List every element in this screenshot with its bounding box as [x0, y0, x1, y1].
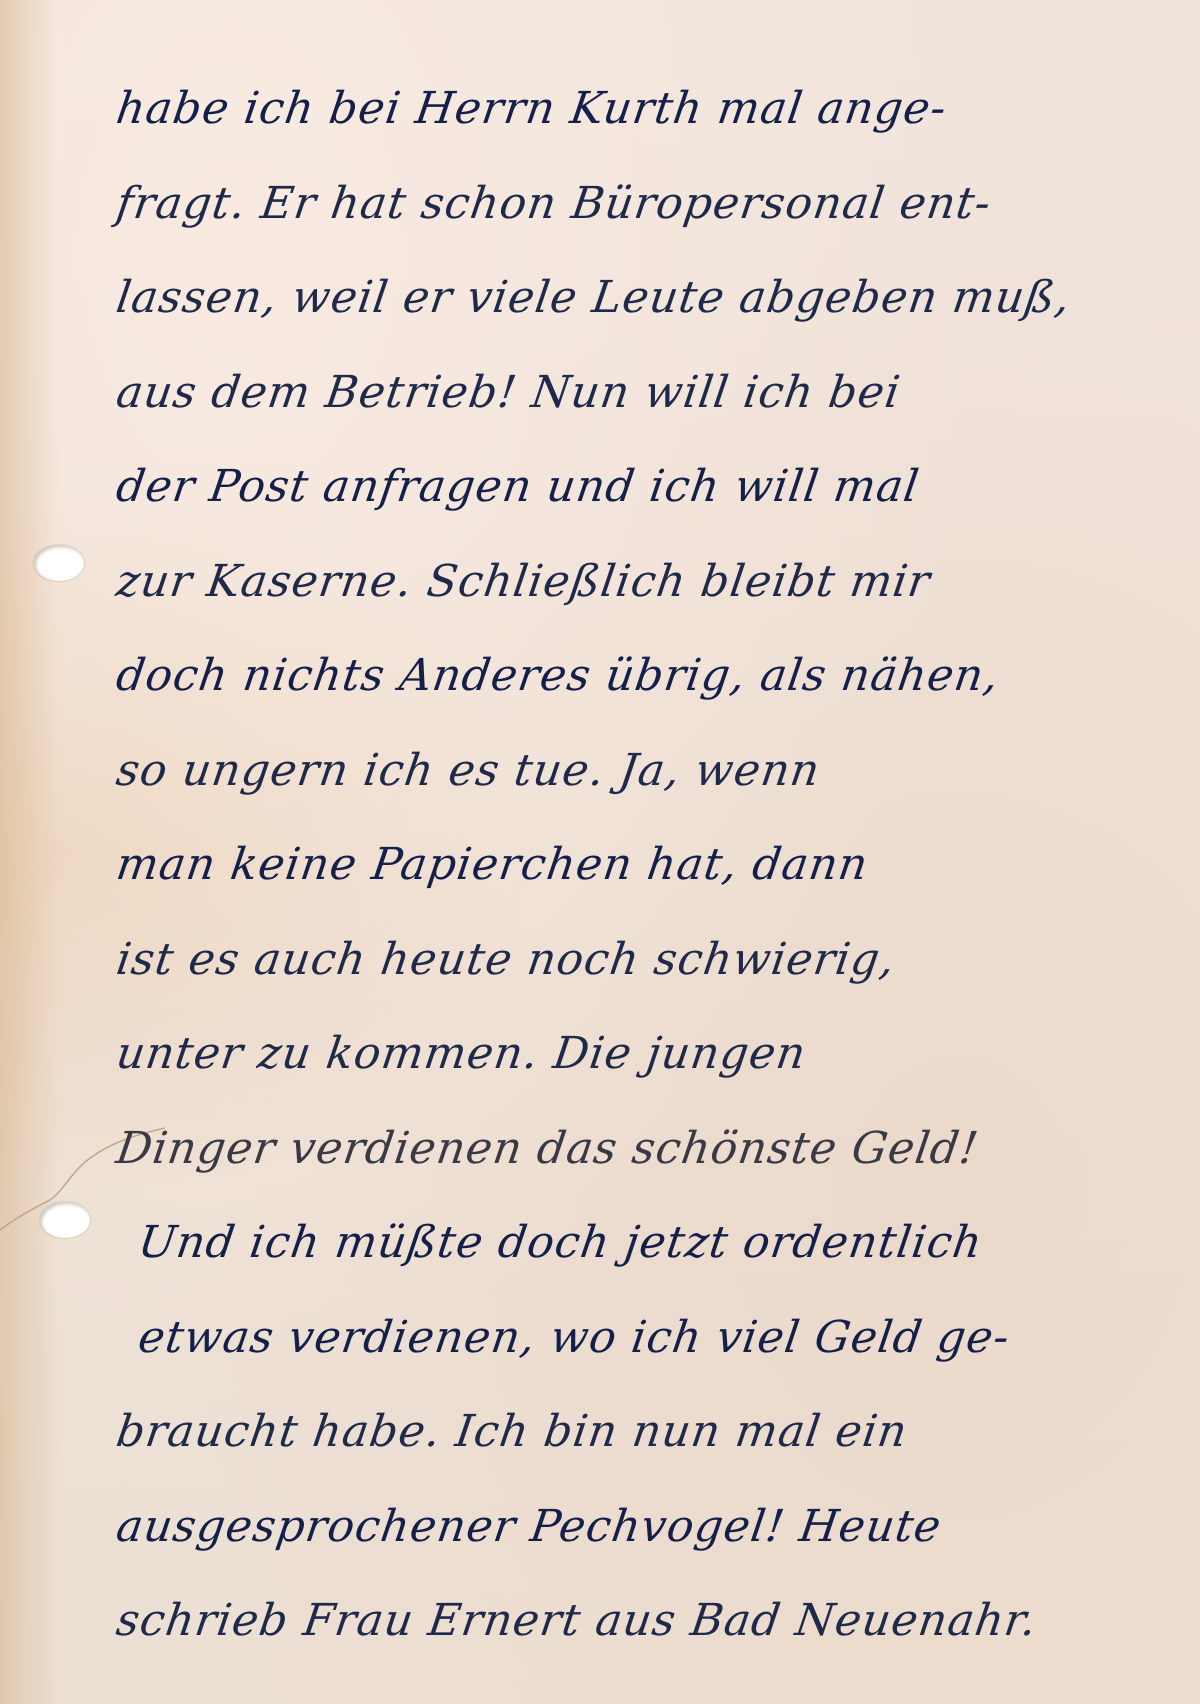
text-line-14: etwas verdienen, wo ich viel Geld ge-	[110, 1291, 1193, 1386]
text-line-15: braucht habe. Ich bin nun mal ein	[110, 1385, 1193, 1480]
text-line-9: man keine Papierchen hat, dann	[110, 818, 1193, 913]
text-line-10: ist es auch heute noch schwierig,	[110, 913, 1193, 1008]
text-line-7: doch nichts Anderes übrig, als nähen,	[110, 629, 1193, 724]
text-line-1: habe ich bei Herrn Kurth mal ange-	[110, 62, 1193, 157]
text-line-12: Dinger verdienen das schönste Geld!	[110, 1102, 1193, 1197]
text-line-16: ausgesprochener Pechvogel! Heute	[110, 1480, 1193, 1575]
punch-hole-top	[34, 545, 84, 581]
letter-page: habe ich bei Herrn Kurth mal ange- fragt…	[0, 0, 1200, 1704]
text-line-8: so ungern ich es tue. Ja, wenn	[110, 724, 1193, 819]
text-line-5: der Post anfragen und ich will mal	[110, 440, 1193, 535]
letter-handwritten-text: habe ich bei Herrn Kurth mal ange- fragt…	[110, 62, 1180, 1669]
text-line-6: zur Kaserne. Schließlich bleibt mir	[110, 535, 1193, 630]
text-line-17: schrieb Frau Ernert aus Bad Neuenahr.	[110, 1574, 1193, 1669]
text-line-4: aus dem Betrieb! Nun will ich bei	[110, 346, 1193, 441]
paper-edge-stain	[0, 0, 60, 1704]
text-line-2: fragt. Er hat schon Büropersonal ent-	[110, 157, 1193, 252]
text-line-13: Und ich müßte doch jetzt ordentlich	[110, 1196, 1193, 1291]
text-line-3: lassen, weil er viele Leute abgeben muß,	[110, 251, 1193, 346]
text-line-11: unter zu kommen. Die jungen	[110, 1007, 1193, 1102]
